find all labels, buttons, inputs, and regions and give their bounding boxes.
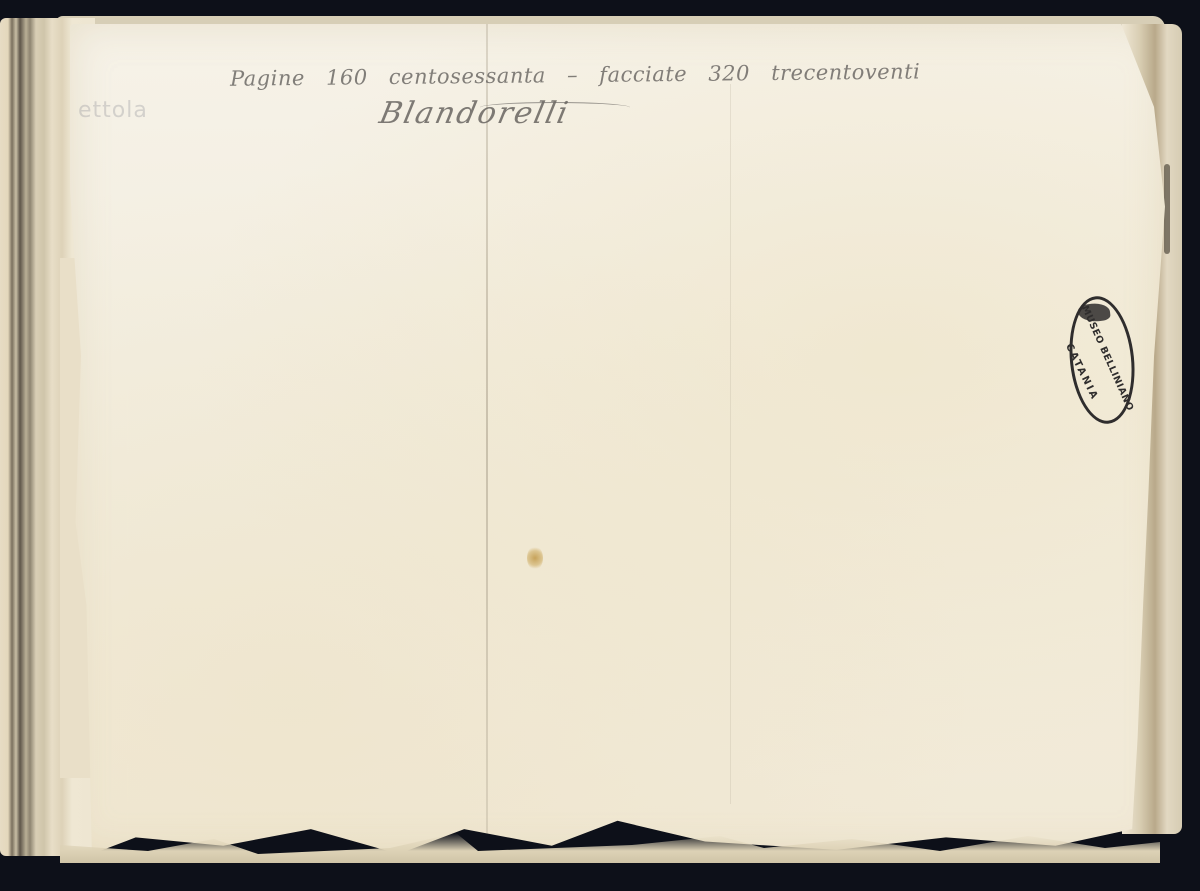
center-fold <box>486 24 488 854</box>
stamp-bottom-text: CATANIA <box>1063 342 1100 402</box>
page-count-line: Pagine 160 centosessanta – facciate 320 … <box>230 57 1130 90</box>
note-word: centosessanta <box>389 63 546 89</box>
note-word: 160 <box>326 65 368 89</box>
manuscript-page: ettola Pagine 160 centosessanta – faccia… <box>70 24 1165 854</box>
edge-stain <box>1164 164 1170 254</box>
note-word: Pagine <box>230 66 305 91</box>
document-scan: ettola Pagine 160 centosessanta – faccia… <box>0 0 1200 891</box>
signature-flourish <box>480 102 630 113</box>
note-word: facciate <box>599 62 687 87</box>
foxing-spot <box>527 546 543 570</box>
note-word: 320 <box>708 61 750 85</box>
museum-stamp: MUSEO BELLINIANO CATANIA <box>1063 293 1140 427</box>
note-word: – <box>567 63 578 87</box>
paper-crease <box>730 84 731 804</box>
page-count-note: Pagine 160 centosessanta – facciate 320 … <box>230 57 1130 90</box>
ghost-marking: ettola <box>78 98 148 123</box>
note-word: trecentoventi <box>771 59 920 85</box>
